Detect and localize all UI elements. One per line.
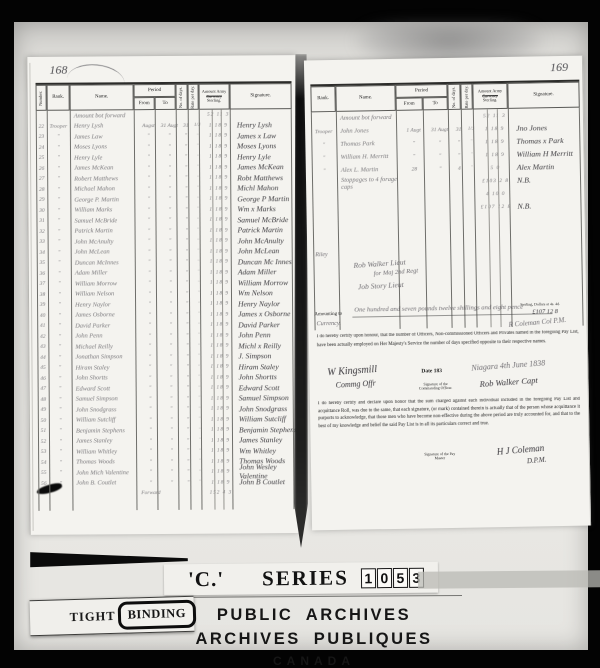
cell-num: 44: [37, 355, 48, 361]
cell-num: 24: [36, 145, 47, 151]
cell-days: ″: [182, 385, 194, 391]
cell-sig: Thomas x Park: [512, 136, 588, 146]
cell-name: William H. Merritt: [337, 153, 401, 161]
cell-sig: Henry Naylor: [235, 299, 300, 308]
col-header-signature: Signature.: [507, 82, 579, 109]
cell-rank: ″: [49, 396, 72, 402]
col-header-from: From: [134, 97, 155, 110]
cell-sig: Samuel Simpson: [236, 393, 301, 402]
cell-sig: Jno Jones: [512, 123, 588, 133]
cell-rank: ″: [47, 144, 70, 150]
cell-name: William Morrow: [71, 280, 139, 287]
cell-days: ″: [180, 207, 192, 213]
cell-days: 31: [180, 123, 192, 129]
cell-amt: 4 10 0: [478, 190, 513, 197]
cell-name: John Penn: [71, 332, 139, 339]
cell-num: 22: [36, 124, 47, 130]
cell-rank: ″: [48, 333, 71, 339]
co-signature-left-2: Commg Offr: [335, 379, 376, 390]
cell-sig: Moses Lyons: [234, 141, 299, 150]
col-header-period: Period: [395, 84, 447, 98]
amounting-label: Amounting to: [314, 312, 342, 317]
cell-name: Thomas Woods: [72, 458, 140, 465]
date-label: Date 183: [421, 368, 442, 374]
cell-name: Moses Lyons: [70, 143, 138, 150]
cell-amt: £107 12 8: [478, 203, 513, 210]
cell-rate: ″: [194, 438, 205, 443]
cell-num: 31: [36, 218, 47, 224]
cell-sig: N.B.: [513, 175, 589, 185]
cell-sig: [512, 114, 588, 115]
col-header-days: No. of days.: [176, 84, 188, 110]
cell-num: 52: [38, 439, 49, 445]
cell-num: 43: [37, 344, 48, 350]
cell-rate: ″: [192, 196, 203, 201]
archives-line-canada: CANADA: [164, 654, 464, 668]
pay-row: Forward152 4 3: [38, 487, 294, 499]
cell-rank: ″: [48, 312, 71, 318]
cell-rank: ″: [47, 155, 70, 161]
cell-name: George P. Martin: [70, 196, 138, 203]
cell-name: Edward Scott: [72, 385, 140, 392]
cell-days: 4: [453, 165, 466, 171]
col-header-name: Name.: [335, 85, 395, 112]
microfilm-frame: 168 Number. Rank. Name. Period From To N…: [0, 0, 600, 668]
col-header-amount: Amount Army Currency Sterling.: [472, 83, 507, 110]
cell-rank: ″: [49, 386, 72, 392]
cell-rate: ″: [193, 228, 204, 233]
cell-rate: ″: [193, 280, 204, 285]
cell-days: ″: [181, 228, 193, 234]
cell-num: 29: [36, 197, 47, 203]
pay-table-right: Rank. Name. Period From To No. of days. …: [310, 80, 583, 331]
cell-sig: N.B.: [513, 201, 589, 211]
cell-rate: ″: [193, 249, 204, 254]
col-header-to: To: [423, 97, 448, 110]
cell-num: 41: [37, 323, 48, 329]
cell-rank: ″: [47, 197, 70, 203]
cell-name: John B. Coutlet: [72, 479, 140, 486]
cell-days: ″: [181, 270, 193, 276]
cell-rank: ″: [47, 218, 70, 224]
cell-rate: ″: [194, 459, 205, 464]
date-handwritten: Niagara 4th June 1838: [471, 358, 545, 372]
cell-rate: ″: [465, 139, 477, 144]
cell-name: Robert Matthews: [70, 175, 138, 182]
cell-num: 56: [38, 481, 49, 487]
cell-sig: John Shortts: [236, 372, 301, 381]
cell-num: 27: [36, 176, 47, 182]
cell-name: Jonathan Simpson: [71, 353, 139, 360]
cell-rate: ″: [193, 238, 204, 243]
currency-word: Currency.: [316, 320, 340, 327]
cell-name: Amount bot forward: [336, 114, 400, 122]
cell-days: ″: [180, 196, 192, 202]
cell-rate: ″: [192, 186, 203, 191]
cell-rate: ″: [466, 165, 478, 170]
cell-name: David Parker: [71, 322, 139, 329]
cell-rate: ″: [193, 343, 204, 348]
series-digit: 1: [361, 568, 376, 588]
table-body-right: Amount bot forward52 11 3TrooperJohn Jon…: [311, 108, 584, 331]
cell-days: ″: [182, 459, 194, 465]
series-number-tiles: 1053: [361, 567, 424, 588]
stamp-word-tight: TIGHT: [69, 608, 115, 624]
cell-rank: ″: [47, 207, 70, 213]
cell-num: 25: [36, 155, 47, 161]
cell-sig: Wm x Marks: [234, 204, 299, 213]
col-header-name: Name.: [70, 84, 134, 110]
cell-num: 48: [38, 397, 49, 403]
cell-name: Henry Naylor: [71, 301, 139, 308]
cell-name: Adam Miller: [71, 269, 139, 276]
cell-rate: ″: [193, 354, 204, 359]
cell-name: Samuel McBride: [70, 217, 138, 224]
cell-rate: ″: [194, 480, 205, 485]
cell-sig: Henry Lyle: [234, 152, 299, 161]
cell-days: ″: [453, 152, 466, 158]
cell-days: ″: [180, 144, 192, 150]
cell-rate: ″: [194, 385, 205, 390]
cell-rank: ″: [49, 417, 72, 423]
cell-sig: George P Martin: [234, 194, 299, 203]
col-header-rank: Rank.: [310, 86, 335, 112]
cell-amt: 5 0: [478, 164, 513, 171]
cell-rate: ″: [193, 291, 204, 296]
col-header-amount: Amount Army Currency Sterling.: [199, 84, 230, 110]
cell-sig: Michl Mahon: [234, 183, 299, 192]
cell-sig: John B Coutlet: [236, 477, 301, 486]
series-digit: 0: [377, 568, 392, 588]
paylist-page-left: 168 Number. Rank. Name. Period From To N…: [26, 55, 298, 535]
cell-days: ″: [180, 175, 192, 181]
cell-name: Henry Lyle: [70, 154, 138, 161]
cell-name: John Shortts: [72, 374, 140, 381]
certification-2: I do hereby certify and declare upon hon…: [318, 396, 580, 431]
cell-days: ″: [182, 417, 194, 423]
cell-rate: ″: [192, 144, 203, 149]
col-header-rank: Rank.: [47, 85, 70, 111]
cell-num: 40: [37, 313, 48, 319]
cell-name: William Whitley: [72, 448, 140, 455]
cell-num: 36: [37, 271, 48, 277]
cell-rank: ″: [49, 407, 72, 413]
cell-rate: ″: [192, 154, 203, 159]
pay-table-left: Number. Rank. Name. Period From To No. o…: [36, 81, 295, 511]
series-digit: 5: [393, 567, 408, 587]
cell-rank: ″: [48, 281, 71, 287]
cell-name: Hiram Staley: [71, 364, 139, 371]
cell-days: ″: [180, 217, 192, 223]
cell-sig: Samuel McBride: [234, 215, 299, 224]
cell-num: 38: [37, 292, 48, 298]
cell-name: James Osborne: [71, 311, 139, 318]
cell-sig: [513, 192, 589, 193]
cell-rank: ″: [312, 154, 337, 160]
col-header-from: From: [396, 97, 423, 110]
cell-rank: ″: [49, 438, 72, 444]
cell-name: John Snodgrass: [72, 406, 140, 413]
cell-days: ″: [182, 375, 194, 381]
cell-days: 31: [452, 126, 465, 132]
cell-days: ″: [182, 406, 194, 412]
cell-num: 55: [38, 470, 49, 476]
cell-name: Duncan McInnes: [71, 259, 139, 266]
cell-num: 34: [37, 250, 48, 256]
cell-days: ″: [181, 249, 193, 255]
cell-days: ″: [452, 139, 465, 145]
archives-caption: PUBLIC ARCHIVES ARCHIVES PUBLIQUES CANAD…: [164, 606, 464, 668]
cell-rank: ″: [48, 249, 71, 255]
cell-rate: ″: [193, 270, 204, 275]
cell-amt: 52 11 3: [477, 112, 512, 119]
cell-num: 26: [36, 166, 47, 172]
series-underline: [166, 595, 462, 598]
cell-name: William Marks: [70, 206, 138, 213]
cell-rate: ″: [193, 301, 204, 306]
cell-days: ″: [182, 469, 194, 475]
sterling-note: Sterling, Dollars at 4s. 4d.: [520, 302, 560, 307]
cell-sig: Duncan Mc Innes: [235, 257, 300, 266]
commanding-officer-label: Signature of the Commanding Officer.: [416, 382, 456, 391]
cell-sig: Benjamin Stephens: [236, 425, 301, 434]
cell-sig: Wm Whitley: [236, 446, 301, 455]
cell-rate: ″: [193, 312, 204, 317]
cell-rank: ″: [48, 354, 71, 360]
cell-name: James McKean: [70, 164, 138, 171]
cell-sig: John Penn: [235, 330, 300, 339]
cell-days: ″: [182, 480, 194, 486]
cell-days: ″: [182, 448, 194, 454]
margin-note: Riley: [315, 252, 327, 258]
cell-rank: ″: [47, 176, 70, 182]
cell-sig: Hiram Staley: [235, 362, 300, 371]
cell-rank: ″: [48, 228, 71, 234]
cell-days: ″: [180, 186, 192, 192]
cell-name: William Nelson: [71, 290, 139, 297]
cell-rank: ″: [311, 141, 336, 147]
cell-num: 51: [38, 428, 49, 434]
cell-rate: ″: [466, 152, 478, 157]
cell-amt: 1 18 9: [477, 138, 512, 145]
pay-master-signature: H J Coleman: [496, 443, 544, 457]
cell-sig: J. Simpson: [235, 351, 300, 360]
cell-days: ″: [182, 438, 194, 444]
cell-rank: ″: [48, 270, 71, 276]
archives-line-english: PUBLIC ARCHIVES: [164, 606, 464, 625]
cell-name: Michael Mahon: [70, 185, 138, 192]
cell-num: 37: [37, 281, 48, 287]
pay-master-initials: D.P.M.: [527, 456, 547, 466]
cell-days: ″: [181, 322, 193, 328]
cell-days: ″: [181, 301, 193, 307]
cell-days: ″: [182, 396, 194, 402]
cell-days: ″: [181, 291, 193, 297]
cell-rate: ″: [194, 375, 205, 380]
cell-days: ″: [182, 427, 194, 433]
cell-days: ″: [181, 312, 193, 318]
cell-rate: ″: [192, 207, 203, 212]
cell-sig: James x Law: [234, 131, 299, 140]
co-signature-right: Rob Walker Capt: [479, 375, 538, 389]
cell-num: 49: [38, 407, 49, 413]
cell-rate: 1/3: [192, 123, 203, 128]
cell-rank: ″: [48, 239, 71, 245]
cell-rank: ″: [49, 470, 72, 476]
series-word-label: SERIES: [262, 566, 349, 592]
cell-rate: ″: [192, 165, 203, 170]
cell-sig: William Sutcliff: [236, 414, 301, 423]
cell-sig: Adam Miller: [235, 267, 300, 276]
cell-rank: ″: [48, 291, 71, 297]
cell-num: 39: [37, 302, 48, 308]
cell-amt: 1 18 9: [478, 151, 513, 158]
col-header-rate: Rate per day.: [460, 84, 472, 110]
cell-name: John Mich Valentine: [72, 469, 140, 476]
cell-rate: ″: [192, 133, 203, 138]
cell-name: Henry Lysh: [70, 122, 138, 129]
paylist-page-right: 169 Rank. Name. Period From To No. of da…: [304, 56, 591, 531]
cell-rank: ″: [49, 375, 72, 381]
series-quote-label: 'C.': [188, 567, 224, 592]
cell-rank: ″: [49, 428, 72, 434]
pay-master-label: Signature of the Pay Master: [423, 452, 457, 461]
cell-sig: John McLean: [235, 246, 300, 255]
cell-rate: ″: [194, 406, 205, 411]
cell-name: Samuel Simpson: [72, 395, 140, 402]
cell-rate: 1/3: [465, 126, 477, 131]
page-number-left: 168: [49, 63, 67, 78]
cell-num: 46: [38, 376, 49, 382]
cell-name: Patrick Martin: [71, 227, 139, 234]
cell-num: 53: [38, 449, 49, 455]
cell-num: 50: [38, 418, 49, 424]
cell-rank: Trooper: [47, 123, 70, 129]
cell-rate: ″: [193, 333, 204, 338]
cell-name: Benjamin Stephens: [72, 427, 140, 434]
col-header-period: Period: [134, 84, 176, 97]
cell-rank: Trooper: [311, 128, 336, 134]
cell-days: ″: [181, 364, 193, 370]
cell-rate: ″: [192, 217, 203, 222]
cell-amt: 1 18 9: [477, 125, 512, 132]
table-header-left: Number. Rank. Name. Period From To No. o…: [36, 83, 292, 111]
cell-rank: ″: [49, 449, 72, 455]
cell-sig: James Stanley: [236, 435, 301, 444]
cell-days: ″: [181, 238, 193, 244]
cell-rate: ″: [194, 448, 205, 453]
cell-sig: Henry Lysh: [234, 120, 299, 129]
table-body-left: Amount bot forward52 11 322TrooperHenry …: [36, 109, 295, 511]
cell-name: Stoppages to 4 forage caps: [337, 175, 401, 190]
cell-name: James Law: [70, 133, 138, 140]
cell-name: Amount bot forward: [70, 112, 138, 119]
cell-days: ″: [180, 165, 192, 171]
col-header-to: To: [155, 97, 176, 110]
cell-name: John McLean: [71, 248, 139, 255]
page-number-right: 169: [550, 60, 568, 75]
cell-rank: ″: [48, 260, 71, 266]
cell-name: Michael Reilly: [71, 343, 139, 350]
cell-rank: ″: [47, 134, 70, 140]
col-header-rate: Rate per day.: [188, 84, 199, 110]
cell-rank: ″: [48, 323, 71, 329]
cell-rate: ″: [193, 364, 204, 369]
series-title-card: 'C.' SERIES 1053: [164, 562, 438, 596]
cell-name: [337, 195, 401, 196]
cell-sig: Michl x Reilly: [235, 341, 300, 350]
co-signature-left: W Kingsmill: [327, 364, 377, 378]
series-gray-band: [418, 570, 600, 589]
cell-num: 33: [37, 239, 48, 245]
cell-sig: Robt Matthews: [234, 173, 299, 182]
cell-rate: ″: [194, 427, 205, 432]
cell-days: ″: [180, 133, 192, 139]
cell-rate: ″: [194, 417, 205, 422]
col-header-days: No. of days.: [447, 84, 460, 110]
cell-rate: ″: [194, 396, 205, 401]
cell-rate: ″: [194, 469, 205, 474]
certification-1: I do hereby certify upon honour, that th…: [317, 328, 579, 351]
cell-sig: James x Osborne: [235, 309, 300, 318]
cell-days: ″: [180, 154, 192, 160]
cell-name: John McAnulty: [71, 238, 139, 245]
pen-flourish: [67, 62, 126, 85]
archives-line-french: ARCHIVES PUBLIQUES: [164, 630, 464, 649]
cell-rank: ″: [48, 302, 71, 308]
cell-name: John Jones: [336, 127, 400, 135]
cell-days: ″: [181, 343, 193, 349]
cell-rank: ″: [48, 365, 71, 371]
cell-name: William Sutcliff: [72, 416, 140, 423]
cell-sig: William H Merritt: [513, 149, 589, 159]
cell-days: ″: [181, 280, 193, 286]
cell-num: 47: [38, 386, 49, 392]
cell-name: [338, 208, 402, 209]
cell-rate: ″: [192, 175, 203, 180]
document-photo: 168 Number. Rank. Name. Period From To N…: [14, 22, 588, 650]
cell-rank: ″: [312, 167, 337, 173]
cell-rank: ″: [49, 480, 72, 486]
cell-sig: William Morrow: [235, 278, 300, 287]
cell-rate: ″: [193, 322, 204, 327]
cell-num: 42: [37, 334, 48, 340]
cell-num: 28: [36, 187, 47, 193]
cell-num: 54: [38, 460, 49, 466]
amount-figures: £107 12 8: [532, 308, 558, 315]
cell-num: 32: [37, 229, 48, 235]
cell-sig: John Snodgrass: [236, 404, 301, 413]
cell-rank: ″: [47, 165, 70, 171]
cell-amt: £103 2 8: [478, 177, 513, 184]
cell-sig: Patrick Martin: [235, 225, 300, 234]
cell-name: Alex L. Martin: [337, 166, 401, 174]
cell-days: ″: [181, 333, 193, 339]
cell-name: Thomas Park: [336, 140, 400, 148]
cell-num: 23: [36, 134, 47, 140]
cell-days: ″: [181, 354, 193, 360]
cell-num: 30: [36, 208, 47, 214]
cell-sig: James McKean: [234, 162, 299, 171]
cell-days: ″: [181, 259, 193, 265]
cell-name: James Stanley: [72, 437, 140, 444]
col-header-number: Number.: [36, 85, 47, 111]
cell-rank: ″: [49, 459, 72, 465]
cell-num: 45: [37, 365, 48, 371]
cell-sig: John McAnulty: [235, 236, 300, 245]
cell-num: 35: [37, 260, 48, 266]
cell-rate: ″: [193, 259, 204, 264]
